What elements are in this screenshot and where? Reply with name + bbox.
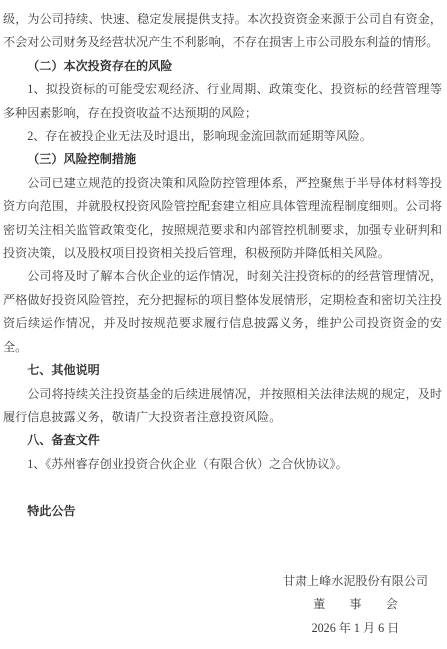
paragraph-risk-1: 1、拟投资标的可能受宏观经济、行业周期、政策变化、投资标的经营管理等多种因素影响…: [3, 78, 442, 125]
signature-date: 2026 年 1 月 6 日: [283, 617, 428, 640]
paragraph-risk-control-1: 公司已建立规范的投资决策和风险防控管理体系，严控聚焦于半导体材料等投资方向范围，…: [3, 172, 442, 266]
heading-other-notes: 七、其他说明: [3, 359, 442, 382]
heading-reference-documents: 八、备查文件: [3, 429, 442, 452]
heading-risk-control-measures: （三）风险控制措施: [3, 148, 442, 171]
signature-company: 甘肃上峰水泥股份有限公司: [283, 570, 428, 593]
signature-block: 甘肃上峰水泥股份有限公司 董 事 会 2026 年 1 月 6 日: [283, 570, 428, 640]
announcement-page: 级，为公司持续、快速、稳定发展提供支持。本次投资资金来源于公司自有资金，不会对公…: [0, 0, 447, 649]
signature-board: 董 事 会: [283, 593, 428, 616]
blank-line: [3, 476, 442, 499]
paragraph-risk-2: 2、存在被投企业无法及时退出，影响现金流回款而延期等风险。: [3, 125, 442, 148]
paragraph-reference-document-1: 1、《苏州睿存创业投资合伙企业（有限合伙）之合伙协议》。: [3, 453, 442, 476]
heading-investment-risks: （二）本次投资存在的风险: [3, 55, 442, 78]
announcement-closing: 特此公告: [3, 500, 442, 523]
paragraph-risk-control-2: 公司将及时了解本合伙企业的运作情况，时刻关注投资标的的经营管理情况，严格做好投资…: [3, 265, 442, 359]
paragraph-other-notes: 公司将持续关注投资基金的后续进展情况，并按照相关法律法规的规定，及时履行信息披露…: [3, 383, 442, 430]
paragraph-funding-source: 级，为公司持续、快速、稳定发展提供支持。本次投资资金来源于公司自有资金，不会对公…: [3, 8, 442, 55]
